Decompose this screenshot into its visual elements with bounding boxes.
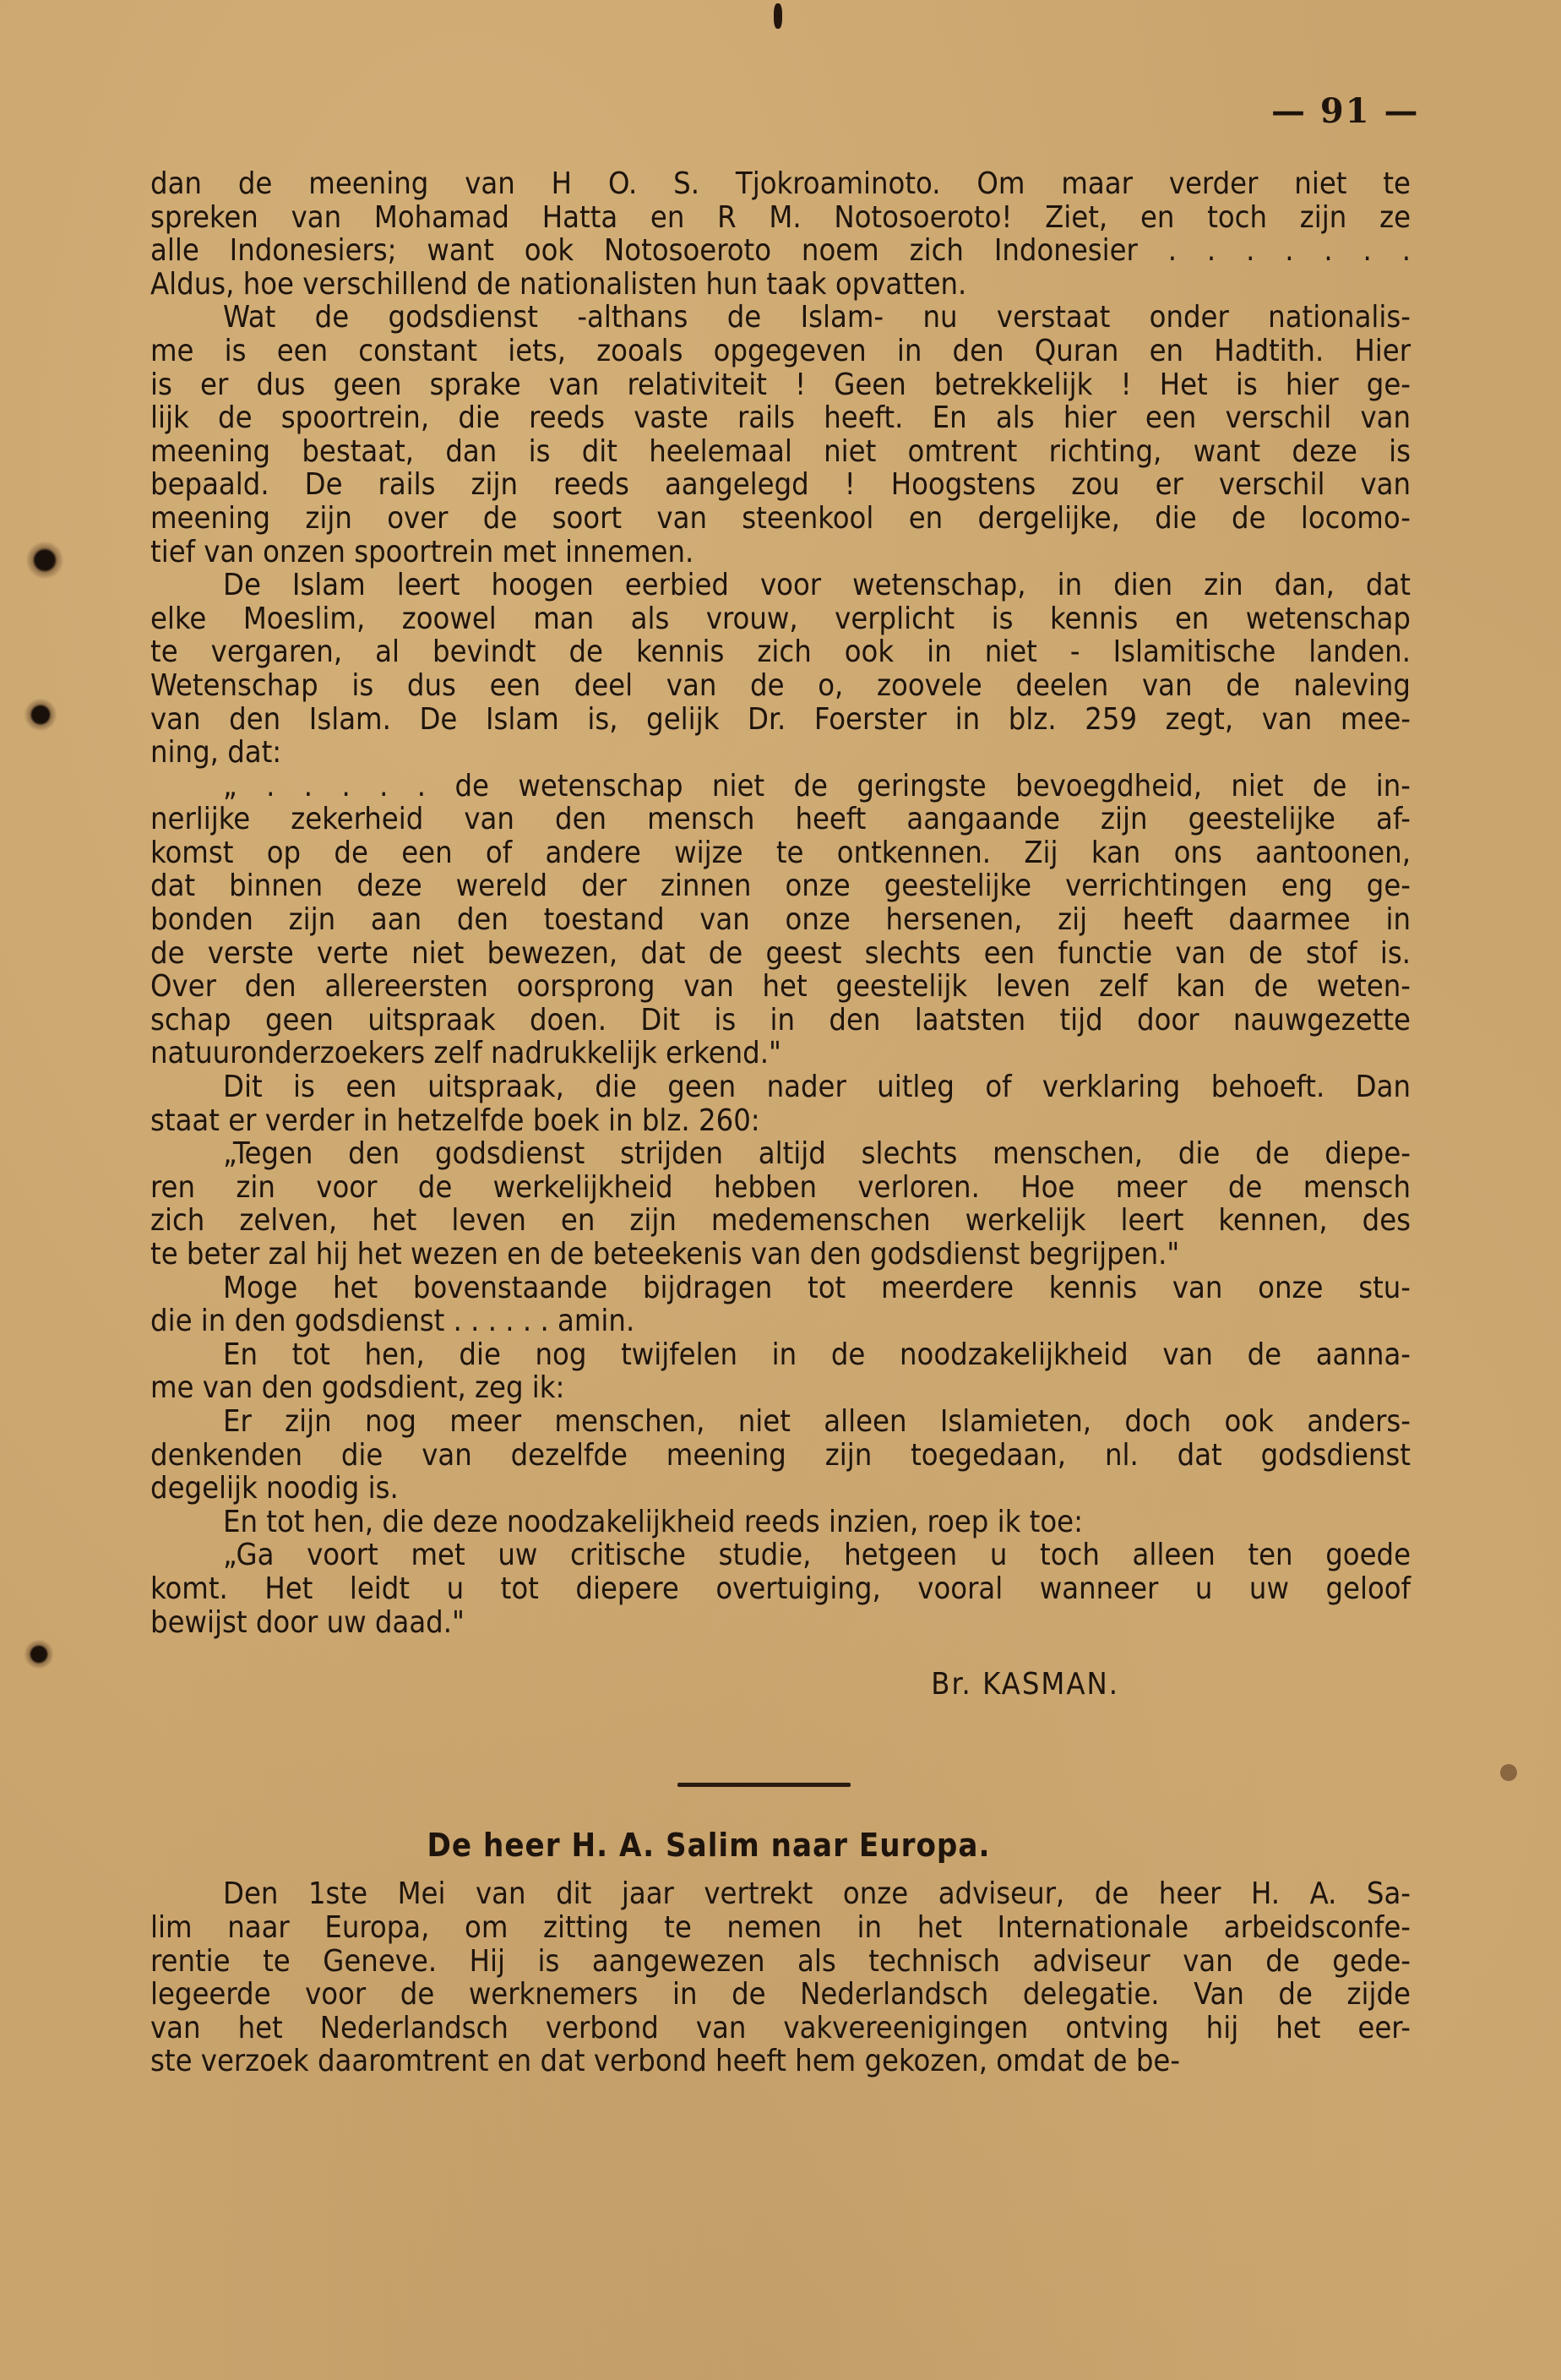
text-line: komst op de een of andere wijze te ontke… [150,836,1411,870]
paragraph: „Tegen den godsdienst strijden altijd sl… [150,1137,1411,1271]
paper-tear-mark [774,3,782,29]
text-line: meening bestaat, dan is dit heelemaal ni… [150,435,1411,469]
text-line: dan de meening van H O. S. Tjokroaminoto… [150,167,1411,201]
paragraph: „ . . . . . de wetenschap niet de gering… [150,770,1411,1070]
text-line: is er dus geen sprake van relativiteit !… [150,368,1411,402]
paragraph: De Islam leert hoogen eerbied voor weten… [150,569,1411,770]
text-line: nerlijke zekerheid van den mensch heeft … [150,803,1411,836]
paragraph: En tot hen, die nog twijfelen in de nood… [150,1338,1411,1405]
text-line: dat binnen deze wereld der zinnen onze g… [150,869,1411,903]
text-line: Den 1ste Mei van dit jaar vertrekt onze … [150,1877,1411,1911]
text-line: van het Nederlandsch verbond van vakvere… [150,2012,1411,2045]
text-line: Wetenschap is dus een deel van de o, zoo… [150,669,1411,703]
paper-hole-mark [24,698,57,732]
paragraph: dan de meening van H O. S. Tjokroaminoto… [150,167,1411,301]
text-line: lijk de spoortrein, die reeds vaste rail… [150,401,1411,435]
text-line: te vergaren, al bevindt de kennis zich o… [150,635,1411,669]
text-line: die in den godsdienst . . . . . . amin. [150,1304,1411,1338]
text-line: tief van onzen spoortrein met innemen. [150,536,1411,569]
text-line: ste verzoek daaromtrent en dat verbond h… [150,2045,1411,2078]
text-line: me van den godsdient, zeg ik: [150,1371,1411,1405]
text-line: elke Moeslim, zoowel man als vrouw, verp… [150,602,1411,636]
text-line: „ . . . . . de wetenschap niet de gering… [150,770,1411,803]
text-line: En tot hen, die deze noodzakelijkheid re… [150,1506,1411,1539]
text-line: lim naar Europa, om zitting te nemen in … [150,1911,1411,1945]
text-line: staat er verder in hetzelfde boek in blz… [150,1104,1411,1138]
text-line: Dit is een uitspraak, die geen nader uit… [150,1070,1411,1104]
paragraph: Wat de godsdienst -althans de Islam- nu … [150,301,1411,569]
section-divider [677,1783,851,1787]
text-line: me is een constant iets, zooals opgegeve… [150,335,1411,368]
text-column: dan de meening van H O. S. Tjokroaminoto… [150,167,1411,2078]
text-line: alle Indonesiers; want ook Notosoeroto n… [150,234,1411,268]
text-line: zich zelven, het leven en zijn medemensc… [150,1204,1411,1238]
text-line: legeerde voor de werknemers in de Nederl… [150,1978,1411,2012]
text-line: De Islam leert hoogen eerbied voor weten… [150,569,1411,602]
text-line: En tot hen, die nog twijfelen in de nood… [150,1338,1411,1372]
text-line: ren zin voor de werkelijkheid hebben ver… [150,1171,1411,1205]
text-line: natuuronderzoekers zelf nadrukkelijk erk… [150,1037,1411,1070]
text-line: te beter zal hij het wezen en de beteeke… [150,1238,1411,1272]
text-line: „Tegen den godsdienst strijden altijd sl… [150,1137,1411,1171]
text-line: Moge het bovenstaande bijdragen tot meer… [150,1272,1411,1305]
text-line: schap geen uitspraak doen. Dit is in den… [150,1004,1411,1038]
paper-hole-mark [25,541,64,580]
text-line: Aldus, hoe verschillend de nationalisten… [150,268,1411,302]
text-line: bepaald. De rails zijn reeds aangelegd !… [150,468,1411,502]
text-line: komt. Het leidt u tot diepere overtuigin… [150,1572,1411,1606]
paragraph: Er zijn nog meer menschen, niet alleen I… [150,1405,1411,1506]
text-line: ning, dat: [150,736,1411,770]
paragraph: Moge het bovenstaande bijdragen tot meer… [150,1272,1411,1338]
paragraph: En tot hen, die deze noodzakelijkheid re… [150,1506,1411,1539]
section-title: De heer H. A. Salim naar Europa. [79,1829,1339,1863]
paragraph: Dit is een uitspraak, die geen nader uit… [150,1070,1411,1137]
text-line: „Ga voort met uw critische studie, hetge… [150,1539,1411,1572]
page-number: — 91 — [1271,91,1420,131]
text-line: bewijst door uw daad." [150,1606,1411,1640]
text-line: rentie te Geneve. Hij is aangewezen als … [150,1945,1411,1979]
text-line: Over den allereersten oorsprong van het … [150,970,1411,1004]
paragraph: „Ga voort met uw critische studie, hetge… [150,1539,1411,1639]
text-line: denkenden die van dezelfde meening zijn … [150,1439,1411,1473]
paragraph: Den 1ste Mei van dit jaar vertrekt onze … [150,1877,1411,2078]
article-body: Den 1ste Mei van dit jaar vertrekt onze … [150,1877,1411,2078]
text-line: van den Islam. De Islam is, gelijk Dr. F… [150,703,1411,737]
author-signature: Br. KASMAN. [150,1668,1411,1702]
text-line: Er zijn nog meer menschen, niet alleen I… [150,1405,1411,1439]
text-line: Wat de godsdienst -althans de Islam- nu … [150,301,1411,335]
text-line: meening zijn over de soort van steenkool… [150,502,1411,536]
text-line: spreken van Mohamad Hatta en R M. Notoso… [150,201,1411,235]
text-line: bonden zijn aan den toestand van onze he… [150,903,1411,937]
text-line: de verste verte niet bewezen, dat de gee… [150,937,1411,971]
text-line: degelijk noodig is. [150,1472,1411,1506]
paper-stain-mark [1500,1764,1517,1781]
paper-hole-mark [24,1639,54,1669]
article-body: dan de meening van H O. S. Tjokroaminoto… [150,167,1411,1639]
